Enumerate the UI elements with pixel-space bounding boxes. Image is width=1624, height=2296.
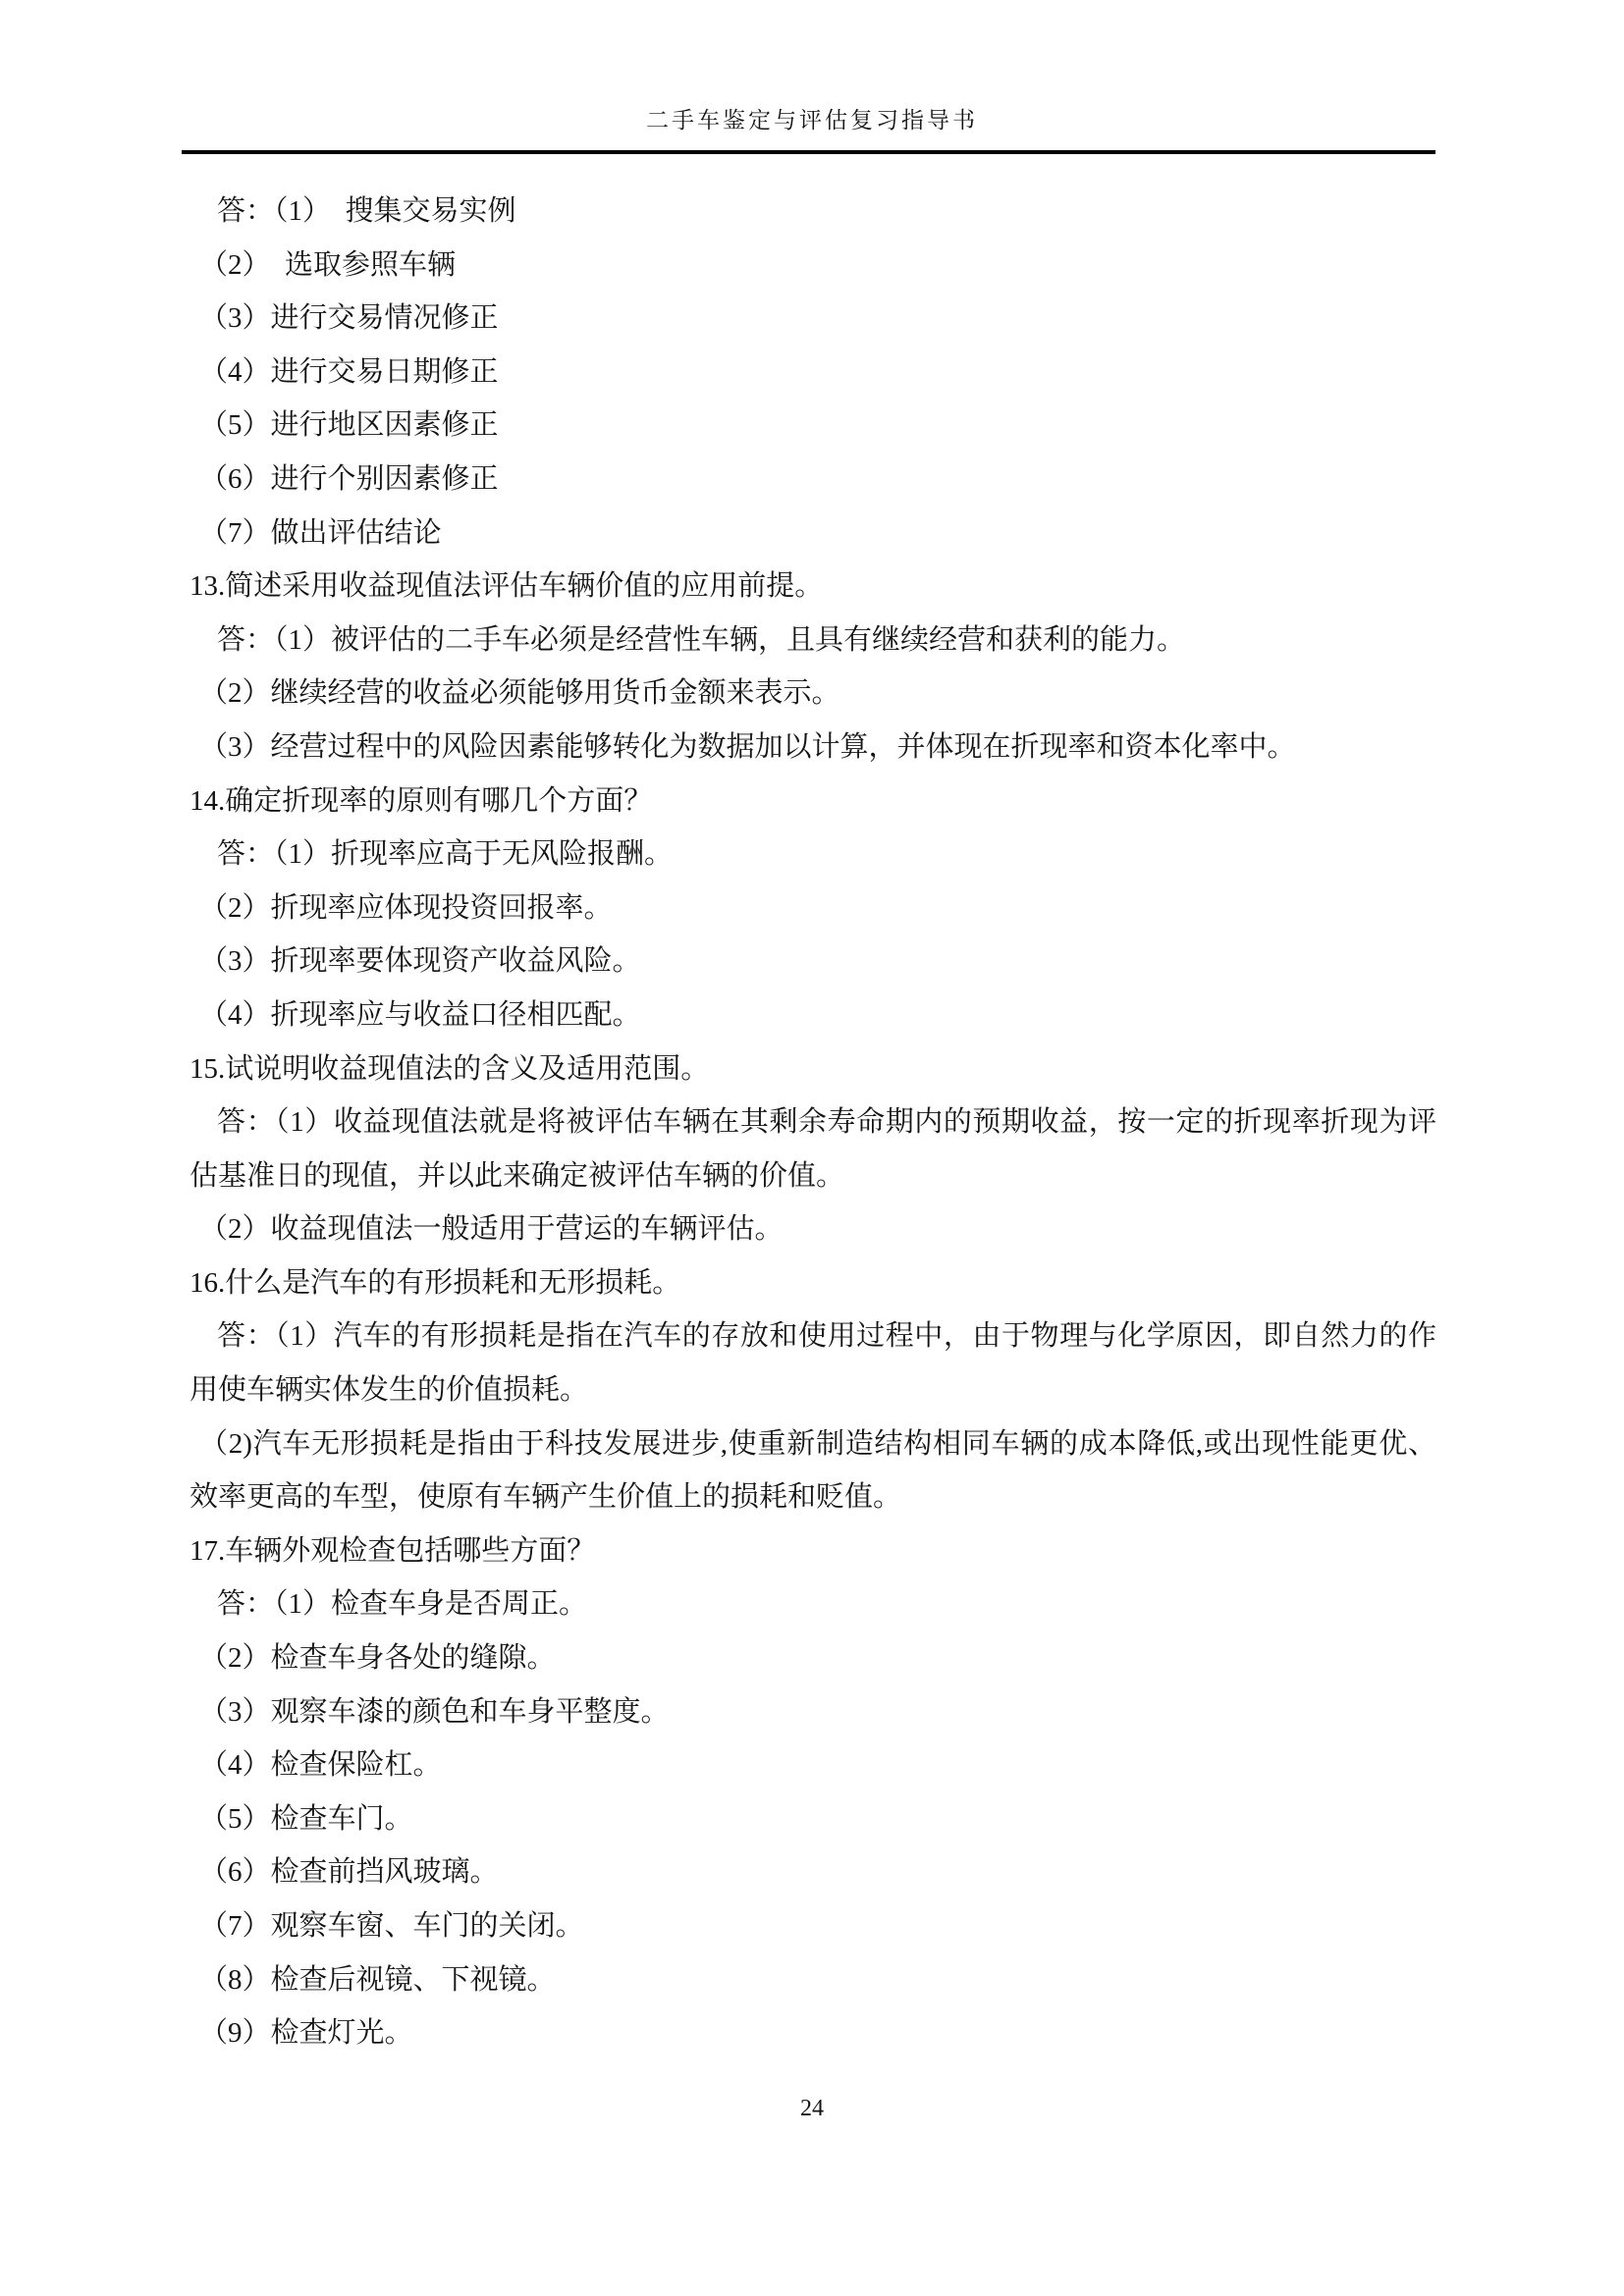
text-line: 用使车辆实体发生的价值损耗。 [189, 1363, 1436, 1417]
text-line: （5）检查车门。 [189, 1792, 1436, 1846]
text-line: （9）检查灯光。 [189, 2006, 1436, 2060]
text-line: 答：（1） 搜集交易实例 [189, 185, 1436, 239]
text-line: （2）折现率应体现投资回报率。 [189, 881, 1436, 935]
text-line: 13.简述采用收益现值法评估车辆价值的应用前提。 [189, 560, 1436, 614]
header-rule [182, 150, 1435, 154]
document-page: 二手车鉴定与评估复习指导书 答：（1） 搜集交易实例（2） 选取参照车辆（3）进… [0, 0, 1624, 2296]
text-line: 16.什么是汽车的有形损耗和无形损耗。 [189, 1256, 1436, 1310]
text-line: 估基准日的现值，并以此来确定被评估车辆的价值。 [189, 1149, 1436, 1203]
text-line: （2）继续经营的收益必须能够用货币金额来表示。 [189, 667, 1436, 721]
text-line: （7）观察车窗、车门的关闭。 [189, 1899, 1436, 1953]
text-line: 效率更高的车型，使原有车辆产生价值上的损耗和贬值。 [189, 1470, 1436, 1524]
text-line: （6）检查前挡风玻璃。 [189, 1845, 1436, 1899]
text-line: （2） 选取参照车辆 [189, 239, 1436, 293]
page-header-title: 二手车鉴定与评估复习指导书 [0, 104, 1624, 137]
text-line: （3）折现率要体现资产收益风险。 [189, 934, 1436, 988]
page-number: 24 [0, 2089, 1624, 2128]
text-line: （5）进行地区因素修正 [189, 399, 1436, 453]
text-line: 答：（1）检查车身是否周正。 [189, 1577, 1436, 1631]
text-line: （3）进行交易情况修正 [189, 292, 1436, 346]
text-line: （4）折现率应与收益口径相匹配。 [189, 988, 1436, 1042]
text-line: 17.车辆外观检查包括哪些方面？ [189, 1524, 1436, 1578]
text-line: （4）进行交易日期修正 [189, 346, 1436, 400]
text-line: 14.确定折现率的原则有哪几个方面？ [189, 774, 1436, 828]
text-line: （2）检查车身各处的缝隙。 [189, 1631, 1436, 1685]
text-line: （3）观察车漆的颜色和车身平整度。 [189, 1685, 1436, 1739]
text-line: （3）经营过程中的风险因素能够转化为数据加以计算，并体现在折现率和资本化率中。 [189, 721, 1436, 774]
text-line: 答：（1）汽车的有形损耗是指在汽车的存放和使用过程中，由于物理与化学原因，即自然… [189, 1309, 1436, 1363]
text-line: （2）收益现值法一般适用于营运的车辆评估。 [189, 1202, 1436, 1256]
document-body: 答：（1） 搜集交易实例（2） 选取参照车辆（3）进行交易情况修正（4）进行交易… [189, 185, 1436, 2060]
text-line: （8）检查后视镜、下视镜。 [189, 1953, 1436, 2007]
text-line: （2)汽车无形损耗是指由于科技发展进步,使重新制造结构相同车辆的成本降低,或出现… [189, 1417, 1436, 1471]
text-line: （4）检查保险杠。 [189, 1738, 1436, 1792]
text-line: 答：（1）收益现值法就是将被评估车辆在其剩余寿命期内的预期收益，按一定的折现率折… [189, 1095, 1436, 1149]
text-line: 答：（1）折现率应高于无风险报酬。 [189, 828, 1436, 881]
text-line: （6）进行个别因素修正 [189, 453, 1436, 507]
text-line: （7）做出评估结论 [189, 507, 1436, 561]
text-line: 15.试说明收益现值法的含义及适用范围。 [189, 1042, 1436, 1096]
text-line: 答：（1）被评估的二手车必须是经营性车辆，且具有继续经营和获利的能力。 [189, 614, 1436, 667]
